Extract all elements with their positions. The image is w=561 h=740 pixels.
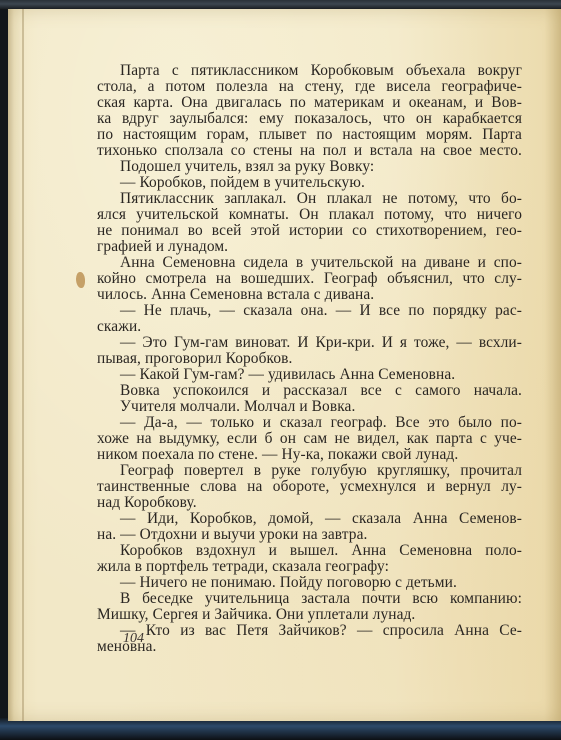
text-line: Вовка успокоился и рассказал все с самог… [97, 383, 522, 399]
text-line: ялся учительской комнаты. Он плакал пото… [97, 207, 522, 223]
text-line: пывая, проговорил Коробков. [97, 351, 522, 367]
text-line: не понимал во всей этой истории со стихо… [97, 223, 522, 239]
paper-stain [76, 272, 85, 288]
text-line: по настоящим горам, плывет по настоящим … [97, 127, 522, 143]
text-line: Учителя молчали. Молчал и Вовка. [97, 399, 522, 415]
text-line: Мишку, Сергея и Зайчика. Они уплетали лу… [97, 607, 522, 623]
text-line: ка вдруг заулыбался: ему показалось, что… [97, 111, 522, 127]
text-line: койно смотрела на вошедших. Географ объя… [97, 271, 522, 287]
text-line: Анна Семеновна сидела в учительской на д… [97, 255, 522, 271]
text-line: — Коробков, пойдем в учительскую. [97, 175, 522, 191]
text-line: стола, а потом полезла на стену, где вис… [97, 79, 522, 95]
text-line: Парта с пятиклассником Коробковым объеха… [97, 63, 522, 79]
text-line: скажи. [97, 319, 522, 335]
text-line: Подошел учитель, взял за руку Вовку: [97, 159, 522, 175]
text-line: на. — Отдохни и выучи уроки на завтра. [97, 527, 522, 543]
text-line: В беседке учительница застала почти всю … [97, 591, 522, 607]
text-line: — Ничего не понимаю. Пойду поговорю с де… [97, 575, 522, 591]
text-line: чилось. Анна Семеновна встала с дивана. [97, 287, 522, 303]
text-line: меновна. [97, 639, 522, 655]
text-line: — Это Гум-гам виноват. И Кри-кри. И я то… [97, 335, 522, 351]
text-line: — Кто из вас Петя Зайчиков? — спросила А… [97, 623, 522, 639]
text-line: хоже на выдумку, если б он сам не видел,… [97, 431, 522, 447]
page-fold-line [22, 9, 24, 721]
text-line: Коробков вздохнул и вышел. Анна Семеновн… [97, 543, 522, 559]
text-line: — Какой Гум-гам? — удивилась Анна Семено… [97, 367, 522, 383]
text-line: — Да-а, — только и сказал географ. Все э… [97, 415, 522, 431]
text-line: графией и лунадом. [97, 239, 522, 255]
text-line: Пятиклассник заплакал. Он плакал не пото… [97, 191, 522, 207]
text-line: над Коробкову. [97, 495, 522, 511]
text-line: тихонько сползала со стены на пол и вста… [97, 143, 522, 159]
page-number: 104 [123, 631, 144, 647]
text-line: ником поехала по стене. — Ну-ка, покажи … [97, 447, 522, 463]
text-line: — Иди, Коробков, домой, — сказала Анна С… [97, 511, 522, 527]
page-body-text: Парта с пятиклассником Коробковым объеха… [97, 63, 522, 655]
text-line: ская карта. Она двигалась по материкам и… [97, 95, 522, 111]
text-line: жила в портфель тетради, сказала географ… [97, 559, 522, 575]
text-line: — Не плачь, — сказала она. — И все по по… [97, 303, 522, 319]
text-line: таинственные слова на обороте, усмехнулс… [97, 479, 522, 495]
text-line: Географ повертел в руке голубую кругляшк… [97, 463, 522, 479]
